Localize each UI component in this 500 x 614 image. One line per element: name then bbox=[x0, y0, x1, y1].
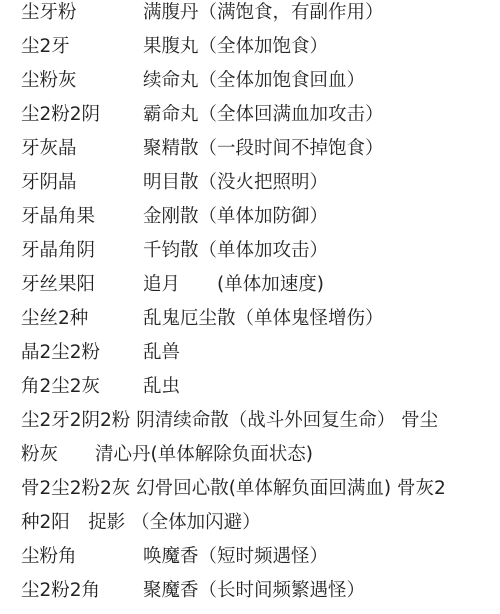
recipe-ingredients: 牙晶角果 bbox=[21, 200, 95, 234]
wrapped-paragraph-line: 尘2牙2阴2粉 阴清续命散（战斗外回复生命） 骨尘 bbox=[21, 404, 496, 438]
recipe-ingredients: 尘2粉2阴 bbox=[21, 98, 100, 132]
recipe-row: 尘2粉2角 聚魔香（长时间频繁遇怪） bbox=[21, 574, 496, 608]
paragraph-text: 尘2牙2阴2粉 阴清续命散（战斗外回复生命） 骨尘 bbox=[21, 404, 438, 438]
recipe-row: 牙晶角阴 千钧散（单体加攻击） bbox=[21, 234, 496, 268]
recipe-result: 乱虫 bbox=[143, 370, 180, 404]
paragraph-text: 骨2尘2粉2灰 幻骨回心散(单体解负面回满血) 骨灰2 bbox=[21, 472, 446, 506]
recipe-row: 牙丝果阳 追月 (单体加速度) bbox=[21, 268, 496, 302]
recipe-ingredients: 尘粉灰 bbox=[21, 64, 77, 98]
recipe-result: 乱鬼厄尘散（单体鬼怪增伤） bbox=[143, 302, 384, 336]
recipe-row: 尘2粉2阴 霸命丸（全体回满血加攻击） bbox=[21, 98, 496, 132]
recipe-ingredients: 尘2牙 bbox=[21, 30, 70, 64]
recipe-row: 尘牙粉 满腹丹（满饱食，有副作用） bbox=[21, 0, 496, 30]
wrapped-paragraph-line: 骨2尘2粉2灰 幻骨回心散(单体解负面回满血) 骨灰2 bbox=[21, 472, 496, 506]
recipe-row: 角2尘2灰 乱虫 bbox=[21, 370, 496, 404]
recipe-row: 尘2牙 果腹丸（全体加饱食） bbox=[21, 30, 496, 64]
recipe-ingredients: 牙灰晶 bbox=[21, 132, 77, 166]
paragraph-text: 粉灰 清心丹(单体解除负面状态) bbox=[21, 438, 313, 472]
paragraph-text: 种2阳 捉影 （全体加闪避） bbox=[21, 506, 261, 540]
recipe-ingredients: 角2尘2灰 bbox=[21, 370, 100, 404]
recipe-result: 唤魔香（短时频遇怪） bbox=[143, 540, 328, 574]
recipe-row: 尘丝2种 乱鬼厄尘散（单体鬼怪增伤） bbox=[21, 302, 496, 336]
recipe-document: 尘牙粉 满腹丹（满饱食，有副作用） 尘2牙 果腹丸（全体加饱食） 尘粉灰 续命丸… bbox=[21, 0, 496, 608]
recipe-ingredients: 牙晶角阴 bbox=[21, 234, 95, 268]
recipe-result: 明目散（没火把照明） bbox=[143, 166, 328, 200]
recipe-result: 金刚散（单体加防御） bbox=[143, 200, 328, 234]
recipe-row: 牙晶角果 金刚散（单体加防御） bbox=[21, 200, 496, 234]
recipe-ingredients: 尘牙粉 bbox=[21, 0, 77, 30]
recipe-row: 牙阴晶 明目散（没火把照明） bbox=[21, 166, 496, 200]
wrapped-paragraph-line: 粉灰 清心丹(单体解除负面状态) bbox=[21, 438, 496, 472]
wrapped-paragraph-line: 种2阳 捉影 （全体加闪避） bbox=[21, 506, 496, 540]
recipe-ingredients: 尘丝2种 bbox=[21, 302, 88, 336]
recipe-result: 乱兽 bbox=[143, 336, 180, 370]
recipe-result: 千钧散（单体加攻击） bbox=[143, 234, 328, 268]
recipe-result: 聚魔香（长时间频繁遇怪） bbox=[143, 574, 365, 608]
recipe-result: 霸命丸（全体回满血加攻击） bbox=[143, 98, 384, 132]
recipe-ingredients: 牙阴晶 bbox=[21, 166, 77, 200]
recipe-ingredients: 牙丝果阳 bbox=[21, 268, 95, 302]
recipe-row: 晶2尘2粉 乱兽 bbox=[21, 336, 496, 370]
recipe-result: 聚精散（一段时间不掉饱食） bbox=[143, 132, 384, 166]
recipe-result: 满腹丹（满饱食，有副作用） bbox=[143, 0, 384, 30]
recipe-result: 续命丸（全体加饱食回血） bbox=[143, 64, 365, 98]
recipe-result: 追月 (单体加速度) bbox=[143, 268, 324, 302]
recipe-row: 尘粉灰 续命丸（全体加饱食回血） bbox=[21, 64, 496, 98]
recipe-result: 果腹丸（全体加饱食） bbox=[143, 30, 328, 64]
recipe-ingredients: 晶2尘2粉 bbox=[21, 336, 100, 370]
recipe-row: 尘粉角 唤魔香（短时频遇怪） bbox=[21, 540, 496, 574]
recipe-ingredients: 尘2粉2角 bbox=[21, 574, 100, 608]
recipe-ingredients: 尘粉角 bbox=[21, 540, 77, 574]
recipe-row: 牙灰晶 聚精散（一段时间不掉饱食） bbox=[21, 132, 496, 166]
